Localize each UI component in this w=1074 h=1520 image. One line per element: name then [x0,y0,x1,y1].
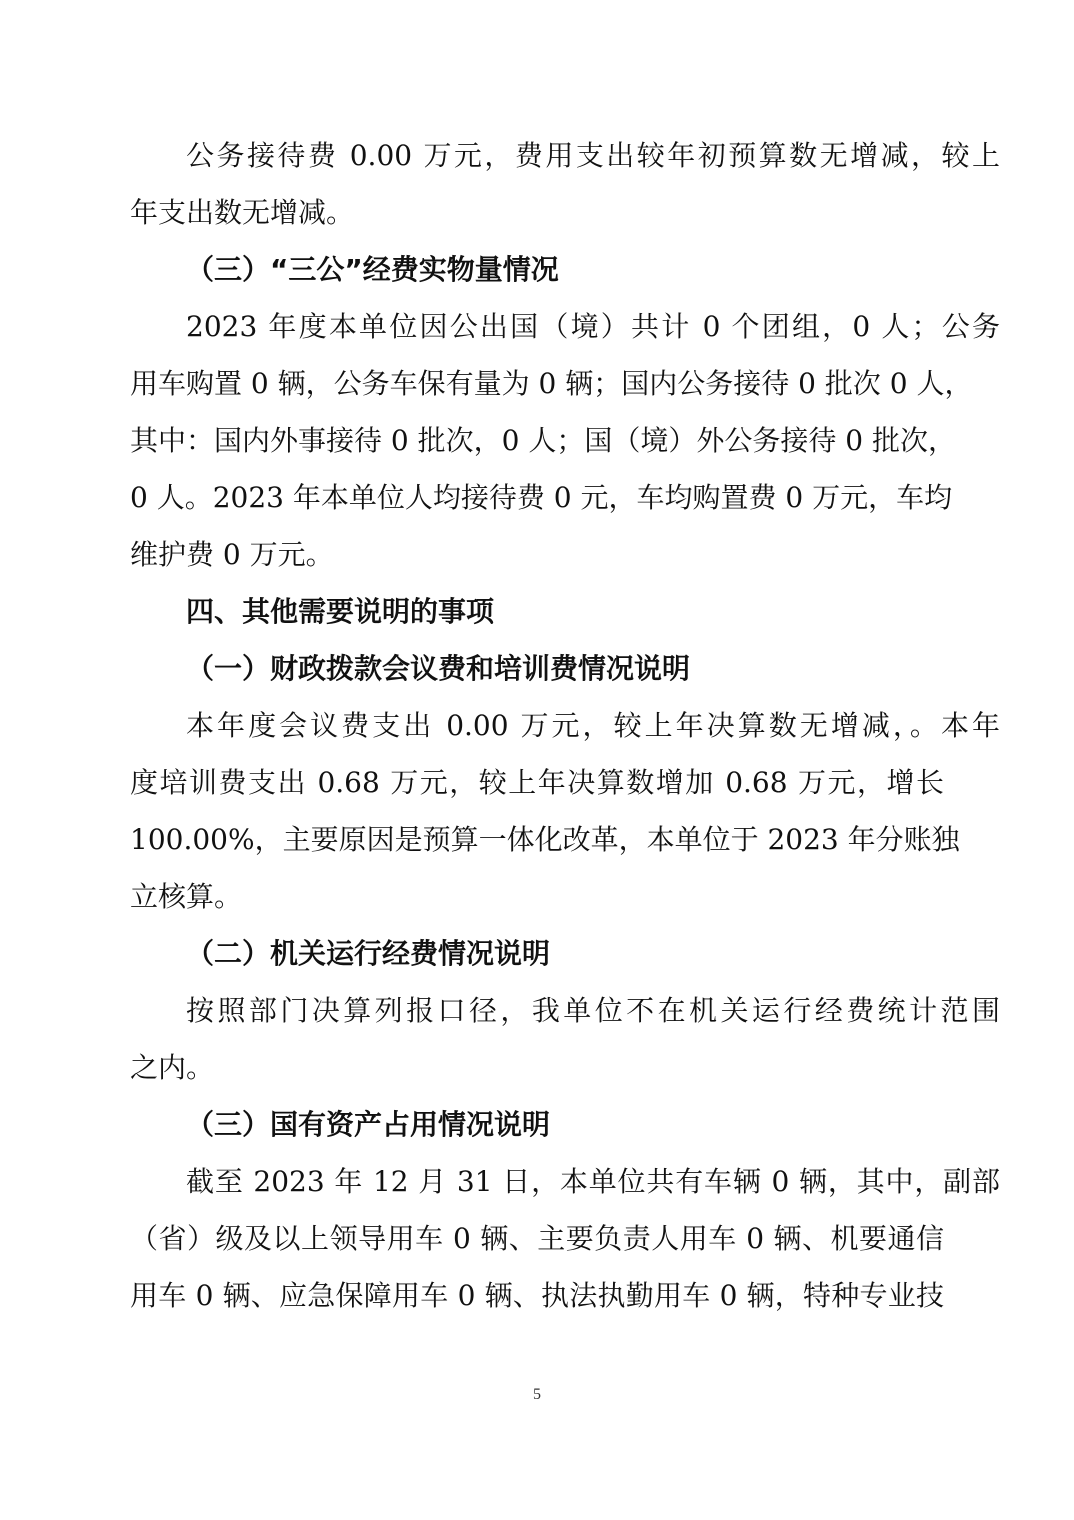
paragraph-line: 用车 0 辆、应急保障用车 0 辆、执法执勤用车 0 辆，特种专业技 [130,1268,944,1324]
paragraph-line: 本年度会议费支出 0.00 万元，较上年决算数无增减，。本年 [130,698,1000,754]
paragraph-line: 按照部门决算列报口径，我单位不在机关运行经费统计范围 [130,983,1000,1039]
paragraph-line: 0 人。2023 年本单位人均接待费 0 元，车均购置费 0 万元，车均 [130,470,944,526]
paragraph-line: 年支出数无增减。 [130,185,944,241]
paragraph-line: 之内。 [130,1040,944,1096]
paragraph-line: 2023 年度本单位因公出国（境）共计 0 个团组，0 人；公务 [130,299,1000,355]
paragraph-line: 立核算。 [130,869,944,925]
section-heading: （三）“三公”经费实物量情况 [130,242,1000,298]
page-number: 5 [0,1386,1074,1404]
paragraph-line: 公务接待费 0.00 万元，费用支出较年初预算数无增减，较上 [130,128,1000,184]
section-heading: （二）机关运行经费情况说明 [130,926,1000,982]
paragraph-line: 截至 2023 年 12 月 31 日，本单位共有车辆 0 辆，其中，副部 [130,1154,1000,1210]
paragraph-line: 其中：国内外事接待 0 批次，0 人；国（境）外公务接待 0 批次， [130,413,944,469]
paragraph-line: 维护费 0 万元。 [130,527,944,583]
paragraph-line: 100.00%，主要原因是预算一体化改革，本单位于 2023 年分账独 [130,812,944,868]
section-heading: （一）财政拨款会议费和培训费情况说明 [130,641,1000,697]
paragraph-line: 用车购置 0 辆，公务车保有量为 0 辆；国内公务接待 0 批次 0 人， [130,356,944,412]
paragraph-line: （省）级及以上领导用车 0 辆、主要负责人用车 0 辆、机要通信 [130,1211,944,1267]
chapter-heading: 四、其他需要说明的事项 [130,584,1000,640]
paragraph-line: 度培训费支出 0.68 万元，较上年决算数增加 0.68 万元，增长 [130,755,944,811]
section-heading: （三）国有资产占用情况说明 [130,1097,1000,1153]
